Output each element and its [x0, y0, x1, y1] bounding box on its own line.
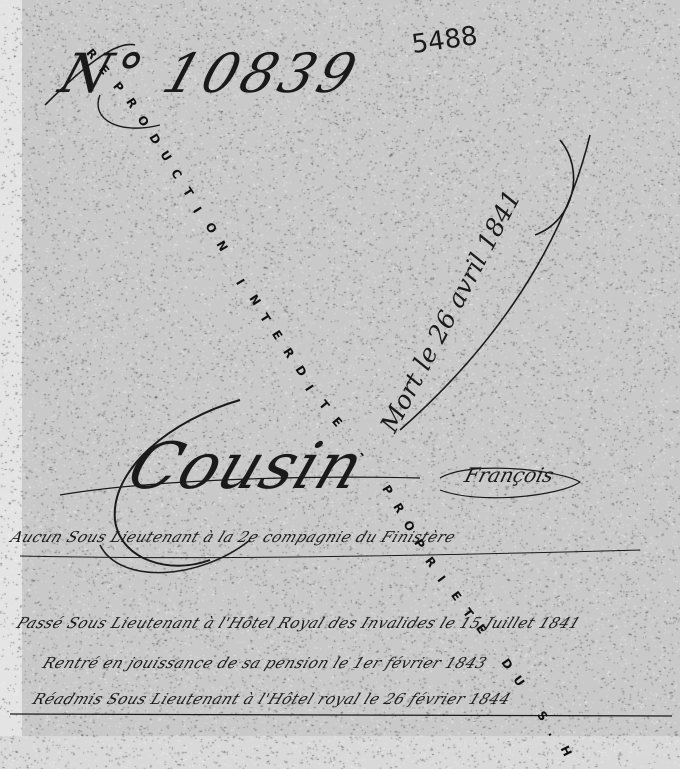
given-name: François — [462, 463, 557, 487]
service-entry: Passé Sous Lieutenant à l'Hôtel Royal de… — [14, 614, 584, 632]
scanned-record-card: N° 10839 5488 Mort le 26 avril 1841 Cous… — [0, 0, 680, 769]
service-entry: Aucun Sous Lieutenant à la 2e compagnie … — [8, 528, 459, 546]
surname: Cousin — [118, 430, 374, 504]
service-entry: Réadmis Sous Lieutenant à l'Hôtel royal … — [30, 690, 514, 708]
service-entry: Rentré en jouissance de sa pension le 1e… — [40, 654, 490, 672]
